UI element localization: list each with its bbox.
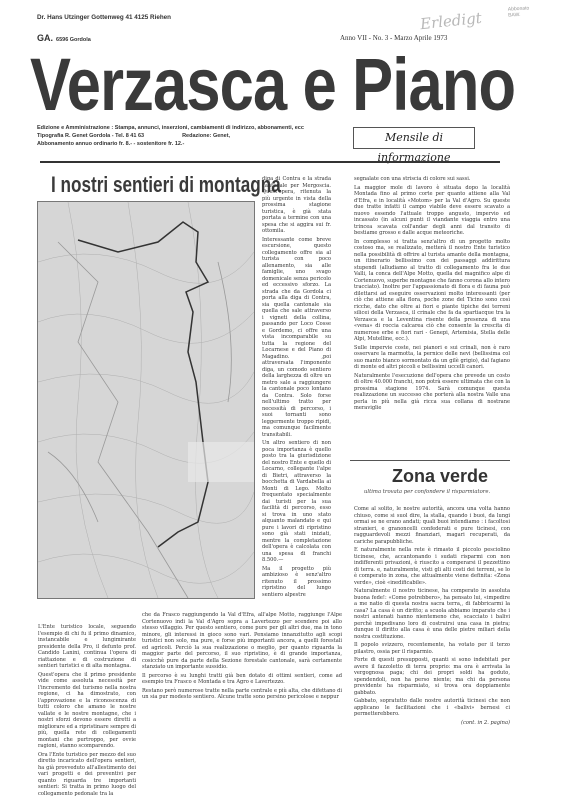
article1-bottom-left: L'Ente turistico locale, seguendo l'esem… [38,624,136,799]
paragraph: Restano però numerose tratte nella parte… [142,688,342,701]
paragraph: Interessante come breve escursione, ques… [262,237,331,439]
handwritten-note: Erledigt [419,9,482,33]
paragraph: segnalate con una striscia di colore sui… [354,176,510,183]
paragraph: Quest'opera che il primo presidente vide… [38,672,136,750]
handwritten-line-2: BAW. [508,11,530,18]
article2-subtitle: ultima trovata per confondere il risparm… [364,489,490,495]
pubinfo-line-3: Abbonamento annuo ordinario fr. 8.- - so… [37,140,304,148]
map-graphic [38,202,254,598]
continued-note: (cont. in 2. pagina) [354,720,510,727]
mailing-address: Dr. Hans Utzinger Gottenweg 41 4125 Rieh… [37,14,171,21]
paragraph: L'Ente turistico locale, seguendo l'esem… [38,624,136,670]
article-title: I nostri sentieri di montagna [51,172,281,198]
paragraph: che da Frasco raggiungendo la Val d'Efra… [142,612,342,671]
paragraph: Forte di questi presupposti, quanti si s… [354,657,510,696]
publication-info: Edizione e Amministrazione : Stampa, ann… [37,124,304,148]
paragraph: diga di Contra e la strada cantonale per… [262,176,331,235]
header-divider [40,161,500,163]
paragraph: Naturalmente l'esecuzione dell'opera che… [354,373,510,412]
paragraph: In complesso si tratta senz'altro di un … [354,239,510,343]
paragraph: Il percorso è su lunghi tratti già ben d… [142,673,342,686]
trail-map-image [37,201,255,599]
article2-title: Zona verde [392,466,488,487]
paragraph: La maggior mole di lavoro è situata dopo… [354,185,510,237]
handwritten-small-note: AbbonatoBAW. [508,5,530,18]
paragraph: Gabbato, sopratutto dalle nostre autorit… [354,698,510,718]
article1-bottom-right: che da Frasco raggiungendo la Val d'Efra… [142,612,342,703]
pubinfo-tipografia: Tipografia R. Genet Gordola - Tel. 8 41 … [37,133,144,139]
paragraph: Ora l'Ente turistico per mezzo del suo d… [38,752,136,798]
paragraph: Un altro sentiero di non poca importanza… [262,440,331,564]
issue-info: Anno VII - No. 3 - Marzo Aprile 1973 [340,34,447,42]
masthead-title: Verzasca e Piano [30,42,515,128]
redazione: Redazione: Genet, [182,133,230,139]
article2-body: Come al solito, le nostre autorità, anco… [354,506,510,728]
article1-column-b: segnalate con una striscia di colore sui… [354,176,510,414]
paragraph: Sulle impervie coste, nei pianori e sui … [354,345,510,371]
pubinfo-line-2: Tipografia R. Genet Gordola - Tel. 8 41 … [37,132,304,140]
pubinfo-line-1: Edizione e Amministrazione : Stampa, ann… [37,124,304,132]
mensile-badge: Mensile di informazione [353,127,475,149]
section-divider [350,460,510,461]
paragraph: Naturalmente il nostro ticinese, ha comp… [354,588,510,640]
paragraph: Come al solito, le nostre autorità, anco… [354,506,510,545]
paragraph: E naturalmente nella rete è rimasto il p… [354,547,510,586]
paragraph: Ma il progetto più ambizioso è senz'altr… [262,566,331,599]
article1-column-a: diga di Contra e la strada cantonale per… [262,176,331,600]
paragraph: Il popolo svizzero, recentemente, ha vot… [354,642,510,655]
